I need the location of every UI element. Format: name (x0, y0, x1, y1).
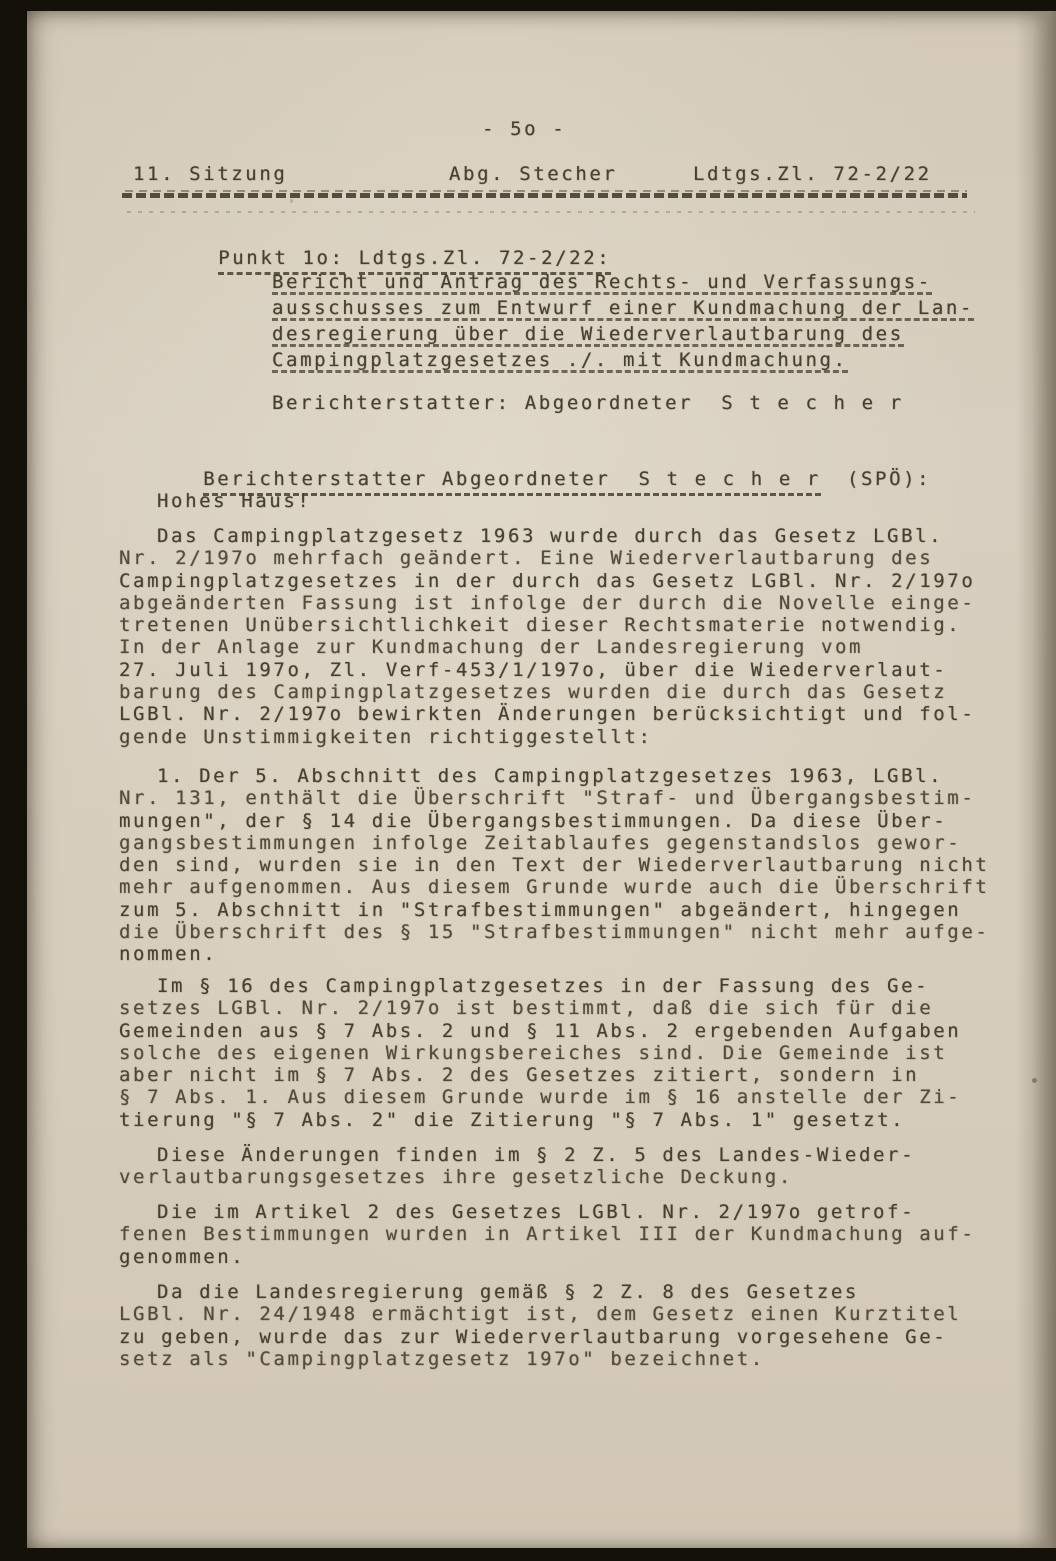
text-line: desregierung über die Wiederverlautbarun… (272, 324, 904, 347)
paper-sheet: - 5o - 11. Sitzung Abg. Stecher Ldtgs.Zl… (27, 11, 1056, 1548)
scanned-page: - 5o - 11. Sitzung Abg. Stecher Ldtgs.Zl… (0, 0, 1056, 1561)
text-line: mungen", der § 14 die Übergangsbestimmun… (119, 810, 989, 832)
dust-speck (290, 199, 293, 203)
text-line: Das Campingplatzgesetz 1963 wurde durch … (119, 525, 975, 547)
paragraph-article-2: Die im Artikel 2 des Gesetzes LGBl. Nr. … (119, 1201, 975, 1268)
text-line: tierung "§ 7 Abs. 2" die Zitierung "§ 7 … (119, 1109, 961, 1131)
header-file-number: Ldtgs.Zl. 72-2/22 (693, 163, 932, 185)
text-line: verlautbarungsgesetzes ihre gesetzliche … (119, 1166, 915, 1188)
paragraph-legal-basis: Diese Änderungen finden im § 2 Z. 5 des … (119, 1144, 915, 1189)
page-edge-shadow (1016, 11, 1056, 1548)
text-line: die Überschrift des § 15 "Strafbestimmun… (119, 921, 989, 943)
text-line: Nr. 2/197o mehrfach geändert. Eine Wiede… (119, 547, 975, 569)
text-line: aber nicht im § 7 Abs. 2 des Gesetzes zi… (119, 1064, 961, 1086)
text-line: LGBl. Nr. 24/1948 ermächtigt ist, dem Ge… (119, 1303, 961, 1325)
text-line: nommen. (119, 943, 989, 965)
text-line: setzes LGBl. Nr. 2/197o ist bestimmt, da… (119, 997, 961, 1019)
text-line: 27. Juli 197o, Zl. Verf-453/1/197o, über… (119, 659, 975, 681)
text-line: ausschusses zum Entwurf einer Kundmachun… (272, 298, 974, 321)
paragraph-short-title: Da die Landesregierung gemäß § 2 Z. 8 de… (119, 1281, 961, 1370)
speech-heading-party: (SPÖ): (847, 468, 931, 490)
text-line: mehr aufgenommen. Aus diesem Grunde wurd… (119, 876, 989, 898)
text-line: Nr. 131, enthält die Überschrift "Straf-… (119, 787, 989, 809)
text-line: tretenen Unübersichtlichkeit dieser Rech… (119, 614, 975, 636)
text-line: zu geben, wurde das zur Wiederverlautbar… (119, 1326, 961, 1348)
text-line: § 7 Abs. 1. Aus diesem Grunde wurde im §… (119, 1086, 961, 1108)
text-line: Da die Landesregierung gemäß § 2 Z. 8 de… (119, 1281, 961, 1303)
text-line: den sind, wurden sie in den Text der Wie… (119, 854, 989, 876)
text-line: Gemeinden aus § 7 Abs. 2 und § 11 Abs. 2… (119, 1020, 961, 1042)
text-line: zum 5. Abschnitt in "Strafbestimmungen" … (119, 899, 989, 921)
text-line: solche des eigenen Wirkungsbereiches sin… (119, 1042, 961, 1064)
header-session: 11. Sitzung (133, 163, 287, 185)
text-line: Die im Artikel 2 des Gesetzes LGBl. Nr. … (119, 1201, 975, 1223)
text-line: LGBl. Nr. 2/197o bewirkten Änderungen be… (119, 703, 975, 725)
text-line: Campingplatzgesetzes ./. mit Kundmachung… (272, 350, 848, 373)
text-line: 1. Der 5. Abschnitt des Campingplatzgese… (119, 765, 989, 787)
header-divider-dashed (122, 193, 967, 198)
rapporteur-line: Berichterstatter: Abgeordneter S t e c h… (272, 392, 904, 414)
text-line: Diese Änderungen finden im § 2 Z. 5 des … (119, 1144, 915, 1166)
text-line: genommen. (119, 1246, 975, 1268)
text-line: abgeänderten Fassung ist infolge der dur… (119, 592, 975, 614)
text-line: fenen Bestimmungen wurden in Artikel III… (119, 1223, 975, 1245)
paragraph-section-16: Im § 16 des Campingplatzgesetzes in der … (119, 975, 961, 1131)
dust-speck (429, 1314, 432, 1317)
text-line: Im § 16 des Campingplatzgesetzes in der … (119, 975, 961, 997)
paragraph-point-1: 1. Der 5. Abschnitt des Campingplatzgese… (119, 765, 989, 966)
text-line: gangsbestimmungen infolge Zeitablaufes g… (119, 832, 989, 854)
page-number: - 5o - (482, 118, 566, 140)
text-line: barung des Campingplatzgesetzes wurden d… (119, 681, 975, 703)
header-divider-faint (127, 211, 975, 213)
text-line: Campingplatzgesetzes in der durch das Ge… (119, 570, 975, 592)
subject-block: Bericht und Antrag des Rechts- und Verfa… (272, 272, 974, 376)
header-speaker-name: Abg. Stecher (449, 163, 617, 185)
text-line: gende Unstimmigkeiten richtiggestellt: (119, 726, 975, 748)
salutation: Hohes Haus! (157, 490, 311, 512)
paragraph-intro: Das Campingplatzgesetz 1963 wurde durch … (119, 525, 975, 748)
text-line: setz als "Campingplatzgesetz 197o" bezei… (119, 1348, 961, 1370)
text-line: Bericht und Antrag des Rechts- und Verfa… (272, 272, 932, 295)
text-line: In der Anlage zur Kundmachung der Landes… (119, 636, 975, 658)
dust-speck (1032, 1078, 1037, 1083)
